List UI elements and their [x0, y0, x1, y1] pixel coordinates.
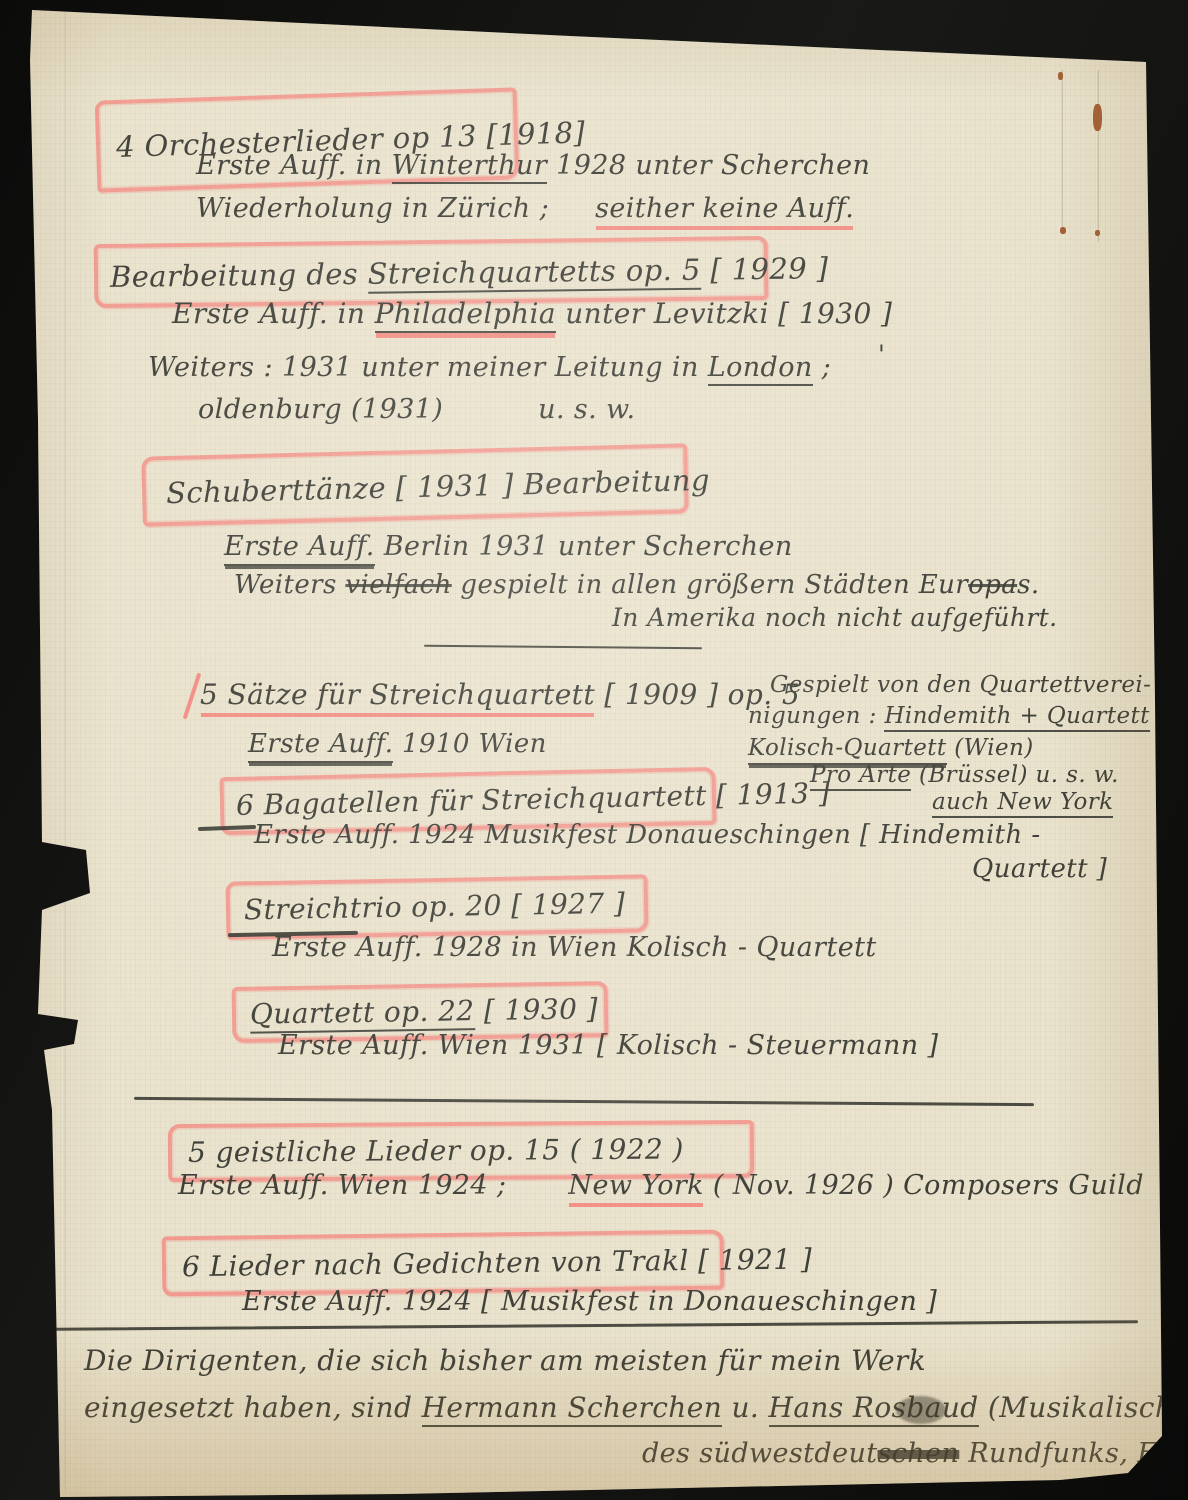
paper-crease: [1060, 70, 1063, 235]
red-pencil-box: Streichtrio op. 20 [ 1927 ]: [226, 874, 649, 939]
red-slash-mark: [183, 673, 202, 720]
conductors-line: eingesetzt haben, sind Hermann Scherchen…: [84, 1391, 1188, 1424]
work-title: Schuberttänze [ 1931 ] Bearbeitung: [166, 463, 711, 510]
premiere-line: Erste Auff. 1910 Wien: [248, 729, 547, 759]
ink-mark: ': [878, 340, 885, 369]
paper-crease: [1096, 70, 1099, 242]
performance-line: Weiters vielfach gespielt in allen größe…: [234, 570, 1040, 600]
work-title: 5 Sätze für Streichquartett [ 1909 ] op.…: [200, 678, 800, 711]
paper-crease: [62, 12, 66, 1490]
conductors-line: Die Dirigenten, die sich bisher am meist…: [84, 1344, 926, 1377]
red-pencil-box: Schuberttänze [ 1931 ] Bearbeitung: [141, 443, 689, 526]
premiere-line-cont: Quartett ]: [972, 854, 1107, 884]
premiere-line: Erste Auff. 1928 in Wien Kolisch - Quart…: [272, 932, 877, 963]
work-title: 6 Lieder nach Gedichten von Trakl [ 1921…: [182, 1242, 812, 1283]
work-title: 6 Bagatellen für Streichquartett [ 1913 …: [236, 776, 831, 821]
annotation-mark: a.: [1112, 1474, 1128, 1494]
work-title: 5 geistliche Lieder op. 15 ( 1922 ): [188, 1132, 684, 1168]
premiere-line: Erste Auff. 1924 [ Musikfest in Donauesc…: [242, 1286, 937, 1317]
performance-line: In Amerika noch nicht aufgeführt.: [612, 603, 1057, 632]
work-title: Bearbeitung des Streichquartetts op. 5 […: [110, 251, 829, 294]
ink-divider: [52, 1320, 1138, 1330]
ink-divider: [134, 1097, 1034, 1106]
performance-line: Weiters : 1931 unter meiner Leitung in L…: [148, 352, 831, 383]
work-title: Streichtrio op. 20 [ 1927 ]: [244, 887, 626, 927]
rust-stain: [1060, 227, 1066, 234]
quartet-note-line: nigungen : Hindemith + Quartett ;: [748, 703, 1166, 729]
rust-stain: [1095, 230, 1100, 236]
premiere-line: Erste Auff. Wien 1931 [ Kolisch - Steuer…: [278, 1030, 938, 1061]
quartet-note-line: Kolisch-Quartett (Wien): [748, 735, 1034, 761]
conductors-line: des südwestdeutschen Rundfunks, Frankfur…: [642, 1438, 1188, 1469]
premiere-line: Erste Auff. Berlin 1931 unter Scherchen: [224, 531, 793, 562]
manuscript-page: 4 Orchesterlieder op 13 [1918] Erste Auf…: [0, 0, 1188, 1500]
ink-divider: [424, 645, 702, 649]
performance-line: oldenburg (1931)u. s. w.: [198, 394, 635, 425]
repeat-line: Wiederholung in Zürich ;seither keine Au…: [196, 193, 854, 224]
premiere-line: Erste Auff. in Philadelphia unter Levitz…: [172, 297, 892, 330]
scan-background: 4 Orchesterlieder op 13 [1918] Erste Auf…: [0, 0, 1188, 1500]
quartet-note-line: Pro Arte (Brüssel) u. s. w.: [810, 762, 1119, 788]
ink-smudge: [896, 1396, 946, 1424]
quartet-note-line: Gespielt von den Quartettverei-: [770, 672, 1151, 698]
premiere-line: Erste Auff. in Winterthur 1928 unter Sch…: [196, 150, 870, 181]
premiere-line: Erste Auff. 1924 Musikfest Donaueschinge…: [254, 820, 1041, 850]
rust-stain: [1093, 104, 1102, 131]
premiere-line: Erste Auff. Wien 1924 ;New York ( Nov. 1…: [178, 1170, 1144, 1201]
rust-stain: [1058, 72, 1063, 80]
quartet-note-line: auch New York: [932, 789, 1113, 815]
work-title: Quartett op. 22 [ 1930 ]: [250, 992, 598, 1030]
